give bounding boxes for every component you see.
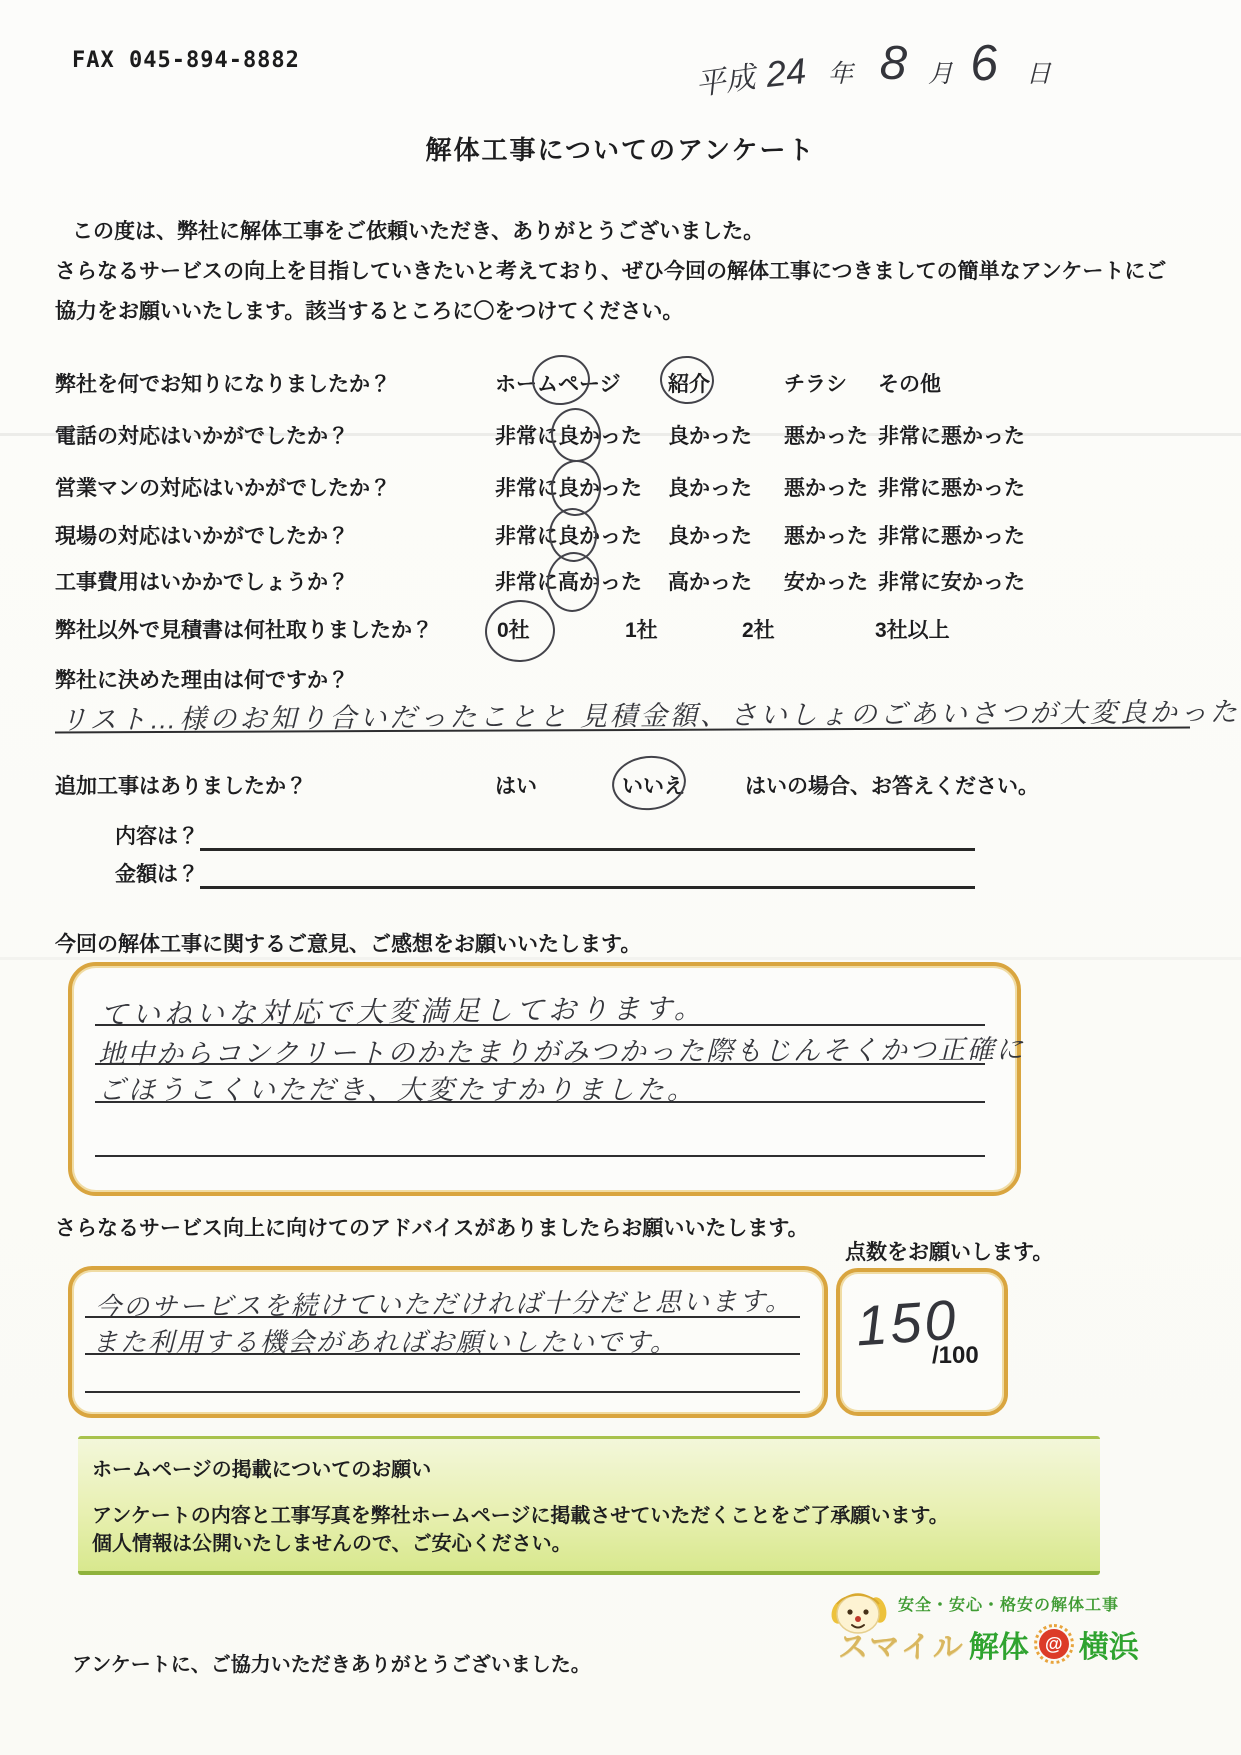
logo-at-sun-icon: @ (1039, 1629, 1069, 1659)
advice-underline-3 (85, 1391, 800, 1393)
logo-brand-kaitai: 解体 (969, 1622, 1029, 1666)
logo-brand-smile: スマイル (838, 1622, 965, 1666)
intro-line-3: 協力をお願いいたします。該当するところに〇をつけてください。 (55, 295, 683, 325)
homepage-notice-body-2: 個人情報は公開いたしませんので、ご安心ください。 (92, 1527, 572, 1556)
question-row-sales: 営業マンの対応はいかがでしたか？ 非常に良かった 良かった 悪かった 非常に悪か… (0, 472, 1241, 502)
page-title: 解体工事についてのアンケート (0, 130, 1241, 167)
option: 非常に悪かった (878, 420, 1025, 450)
option: チラシ (784, 368, 847, 398)
score-request-label: 点数をお願いします。 (845, 1236, 1053, 1266)
option: 3社以上 (875, 614, 950, 644)
amount-label: 金額は？ (115, 858, 199, 888)
option: 良かった (668, 420, 752, 450)
question-row-quotes: 弊社以外で見積書は何社取りましたか？ 0社 1社 2社 3社以上 (0, 614, 1241, 644)
date-month-unit: 月 (928, 54, 953, 90)
option-yes: はい (495, 770, 537, 800)
homepage-notice-body-1: アンケートの内容と工事写真を弊社ホームページに掲載させていただくことをご了承願い… (92, 1499, 949, 1528)
additional-note: はいの場合、お答えください。 (745, 770, 1039, 800)
question-label: 弊社以外で見積書は何社取りましたか？ (55, 614, 433, 644)
question-label: 電話の対応はいかがでしたか？ (55, 420, 349, 450)
option: 良かった (668, 472, 752, 502)
homepage-notice-title: ホームページの掲載についてのお願い (92, 1453, 431, 1482)
question-label: 追加工事はありましたか？ (55, 770, 307, 800)
comment-underline-4 (95, 1155, 985, 1157)
advice-underline-2 (85, 1353, 800, 1355)
content-label: 内容は？ (115, 820, 199, 850)
question-row-site: 現場の対応はいかがでしたか？ 非常に良かった 良かった 悪かった 非常に悪かった (0, 520, 1241, 550)
scanned-survey-page: FAX 045-894-8882 平成 24 年 8 月 6 日 解体工事につい… (0, 0, 1241, 1755)
advice-underline-1 (85, 1316, 800, 1318)
question-row-source: 弊社を何でお知りになりましたか？ ホームページ 紹介 チラシ その他 (0, 368, 1241, 398)
logo-tagline: 安全・安心・格安の解体工事 (898, 1592, 1119, 1615)
logo-brand-yokohama: 横浜 (1079, 1622, 1139, 1666)
option: 良かった (668, 520, 752, 550)
intro-line-1: この度は、弊社に解体工事をご依頼いただき、ありがとうございました。 (72, 215, 764, 245)
circle-mark-phone-verygood (547, 405, 604, 465)
question-label: 現場の対応はいかがでしたか？ (55, 520, 349, 550)
option: 非常に悪かった (878, 520, 1025, 550)
date-day: 6 (968, 33, 1001, 93)
homepage-notice-box: ホームページの掲載についてのお願い アンケートの内容と工事写真を弊社ホームページ… (78, 1436, 1100, 1575)
option: 悪かった (784, 520, 868, 550)
option: 1社 (625, 614, 658, 644)
question-row-phone: 電話の対応はいかがでしたか？ 非常に良かった 良かった 悪かった 非常に悪かった (0, 420, 1241, 450)
date-year-unit: 年 (828, 54, 853, 90)
date-era: 平成 (692, 52, 758, 104)
option: 悪かった (784, 472, 868, 502)
circle-mark-no (609, 752, 688, 813)
intro-line-2: さらなるサービスの向上を目指していきたいと考えており、ぜひ今回の解体工事につきま… (55, 255, 1166, 285)
comment-line-1: ていねいな対応で大変満足しております。 (100, 987, 706, 1033)
fax-number: FAX 045-894-8882 (72, 48, 300, 73)
option: 安かった (784, 566, 868, 596)
question-label: 弊社を何でお知りになりましたか？ (55, 368, 391, 398)
question-label: 工事費用はいかかでしょうか？ (55, 566, 349, 596)
footer-thanks: アンケートに、ご協力いただきありがとうございました。 (72, 1648, 591, 1677)
reason-question: 弊社に決めた理由は何ですか？ (55, 664, 349, 694)
amount-blank-line (200, 886, 975, 889)
content-blank-line (200, 848, 975, 851)
option: 非常に安かった (878, 566, 1025, 596)
comment-underline-3 (95, 1101, 985, 1103)
question-label: 営業マンの対応はいかがでしたか？ (55, 472, 391, 502)
date-month: 8 (879, 35, 909, 91)
circle-mark-cost-veryhigh (544, 549, 603, 615)
option: 非常に悪かった (878, 472, 1025, 502)
date-day-unit: 日 (1026, 54, 1051, 90)
comments-header: 今回の解体工事に関するご意見、ご感想をお願いいたします。 (55, 928, 641, 958)
score-denominator: /100 (932, 1342, 979, 1370)
logo-brand-row: スマイル 解体 @ 横浜 (838, 1622, 1139, 1666)
circle-mark-homepage (530, 352, 593, 408)
advice-header: さらなるサービス向上に向けてのアドバイスがありましたらお願いいたします。 (55, 1212, 809, 1242)
comment-underline-2 (95, 1063, 985, 1065)
option: 高かった (668, 566, 752, 596)
comment-underline-1 (95, 1024, 985, 1026)
question-row-cost: 工事費用はいかかでしょうか？ 非常に高かった 高かった 安かった 非常に安かった (0, 566, 1241, 596)
circle-mark-zero-companies (483, 598, 557, 665)
circle-mark-referral (658, 354, 715, 406)
date-year: 24 (764, 50, 808, 96)
option: 2社 (742, 614, 775, 644)
option: 悪かった (784, 420, 868, 450)
option: その他 (878, 368, 941, 398)
